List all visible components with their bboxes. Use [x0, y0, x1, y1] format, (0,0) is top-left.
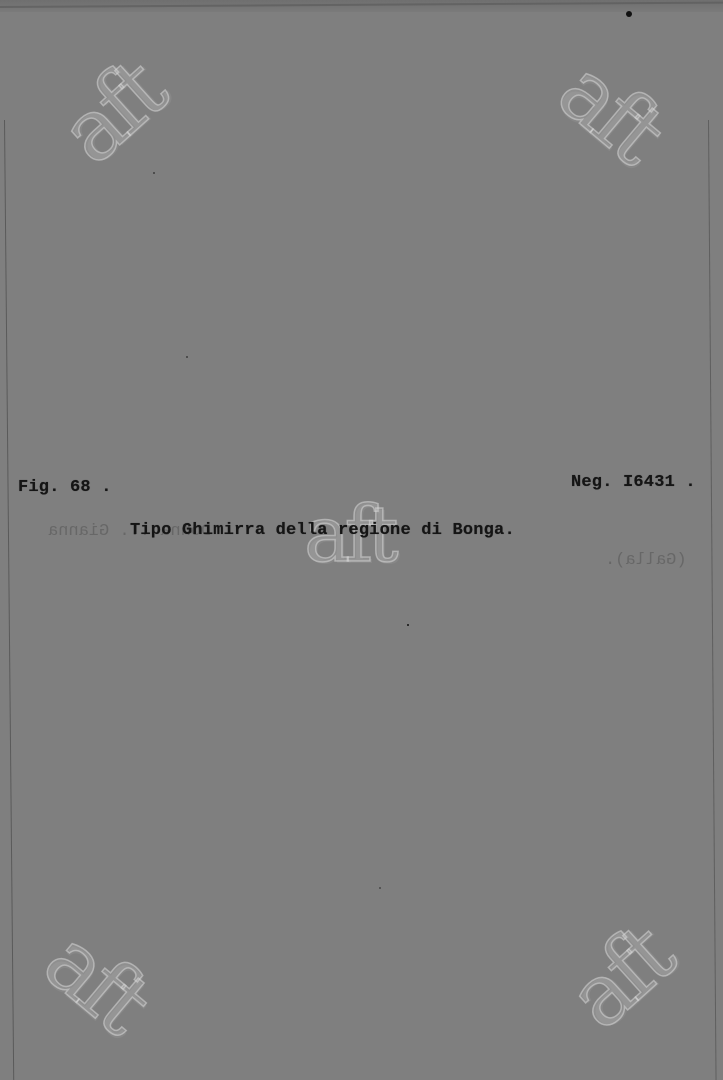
right-margin-rule — [708, 120, 717, 1080]
watermark-bottom-left: aft — [30, 916, 162, 1046]
left-margin-rule — [4, 120, 14, 1080]
figure-number: Fig. 68 . — [18, 478, 112, 497]
watermark-bottom-right: aft — [554, 913, 686, 1044]
dust-speck — [153, 172, 155, 174]
document-card: Donna ... Gianna (Galla). aft aft aft af… — [0, 0, 723, 1080]
dust-speck — [407, 624, 409, 626]
dust-speck — [626, 11, 632, 17]
dust-speck — [186, 356, 188, 358]
dust-speck — [379, 887, 381, 889]
negative-number: Neg. I6431 . — [571, 473, 696, 492]
caption: Tipo Ghimirra della regione di Bonga. — [130, 521, 515, 540]
bleed-through-text: (Galla). — [605, 551, 687, 570]
watermark-top-right: aft — [544, 46, 676, 176]
watermark-top-left: aft — [46, 48, 178, 179]
